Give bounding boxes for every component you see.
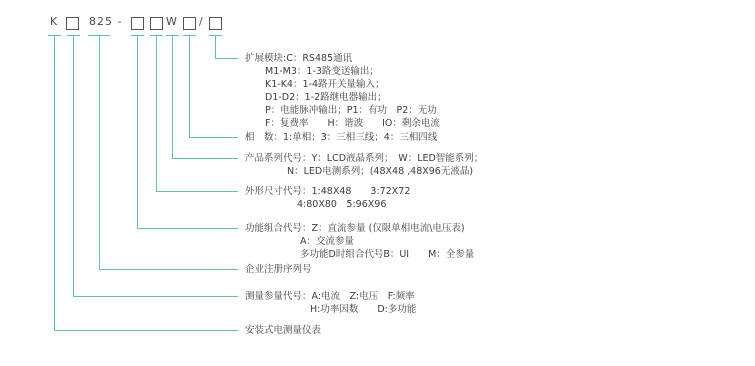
label-measurement-param: 测量参量代号：A:电流 Z:电压 F:频率 H:功率因数 D:多功能 xyxy=(245,290,416,316)
label-line: M1-M3：1-3路变送输出； xyxy=(245,65,440,78)
leader-horizontal xyxy=(172,158,238,159)
label-phase-count: 相 数：1:单相；3：三相三线；4：三相四线 xyxy=(245,131,437,144)
label-line: F：复费率 H：谐波 IO：剩余电流 xyxy=(245,117,440,130)
code-box-measurement-param xyxy=(66,17,79,30)
code-box-function-combo xyxy=(131,17,144,30)
leader-horizontal xyxy=(73,296,238,297)
leader-vertical xyxy=(73,36,74,296)
code-series-letter: W xyxy=(166,15,178,28)
leader-horizontal xyxy=(54,330,238,331)
label-enterprise-serial: 企业注册序列号 xyxy=(245,263,312,276)
leader-horizontal xyxy=(215,58,238,59)
label-line: N：LED电测系列；(48X48 ,48X96无液晶) xyxy=(245,165,483,178)
leader-vertical xyxy=(99,36,100,269)
label-line: D1-D2：1-2路继电器输出； xyxy=(245,91,440,104)
leader-vertical xyxy=(215,36,216,58)
label-expansion-module: 扩展模块:C：RS485通讯 M1-M3：1-3路变送输出； K1-K4：1-4… xyxy=(245,52,440,130)
leader-vertical xyxy=(54,36,55,330)
label-line: 相 数：1:单相；3：三相三线；4：三相四线 xyxy=(245,131,437,144)
label-line: P：电能脉冲输出；P1：有功 P2：无功 xyxy=(245,104,440,117)
label-installed-meter: 安装式电测量仪表 xyxy=(245,324,321,337)
code-box-dimension xyxy=(150,17,163,30)
model-naming-diagram: K 825 - W / xyxy=(0,0,755,366)
leader-vertical xyxy=(189,36,190,137)
leader-horizontal xyxy=(99,269,238,270)
code-box-phase xyxy=(183,17,196,30)
label-line: K1-K4：1-4路开关量输入； xyxy=(245,78,440,91)
leader-horizontal xyxy=(137,228,238,229)
label-line: A：交流参量 xyxy=(245,235,474,248)
code-box-expansion xyxy=(209,17,222,30)
code-slash: / xyxy=(199,15,204,28)
label-line: 扩展模块:C：RS485通讯 xyxy=(245,52,440,65)
code-series-number: 825 - xyxy=(89,15,122,28)
label-line: 安装式电测量仪表 xyxy=(245,324,321,337)
label-line: 功能组合代号：Z：直流参量 (仅限单相电流\电压表) xyxy=(245,222,474,235)
label-product-series: 产品系列代号：Y：LCD液晶系列； W：LED智能系列； N：LED电测系列；(… xyxy=(245,152,483,178)
label-line: 测量参量代号：A:电流 Z:电压 F:频率 xyxy=(245,290,416,303)
label-line: 产品系列代号：Y：LCD液晶系列； W：LED智能系列； xyxy=(245,152,483,165)
leader-horizontal xyxy=(189,137,238,138)
label-line: H:功率因数 D:多功能 xyxy=(245,303,416,316)
label-dimension-code: 外形尺寸代号：1:48X48 3:72X72 4:80X80 5:96X96 xyxy=(245,185,410,211)
leader-vertical xyxy=(137,36,138,228)
label-line: 多功能D时组合代号B：UI M：全参量 xyxy=(245,248,474,261)
code-prefix-letter: K xyxy=(50,15,58,28)
label-line: 外形尺寸代号：1:48X48 3:72X72 xyxy=(245,185,410,198)
leader-vertical xyxy=(156,36,157,191)
label-function-combo: 功能组合代号：Z：直流参量 (仅限单相电流\电压表) A：交流参量 多功能D时组… xyxy=(245,222,474,261)
label-line: 企业注册序列号 xyxy=(245,263,312,276)
leader-vertical xyxy=(172,36,173,158)
leader-horizontal xyxy=(156,191,238,192)
label-line: 4:80X80 5:96X96 xyxy=(245,198,410,211)
